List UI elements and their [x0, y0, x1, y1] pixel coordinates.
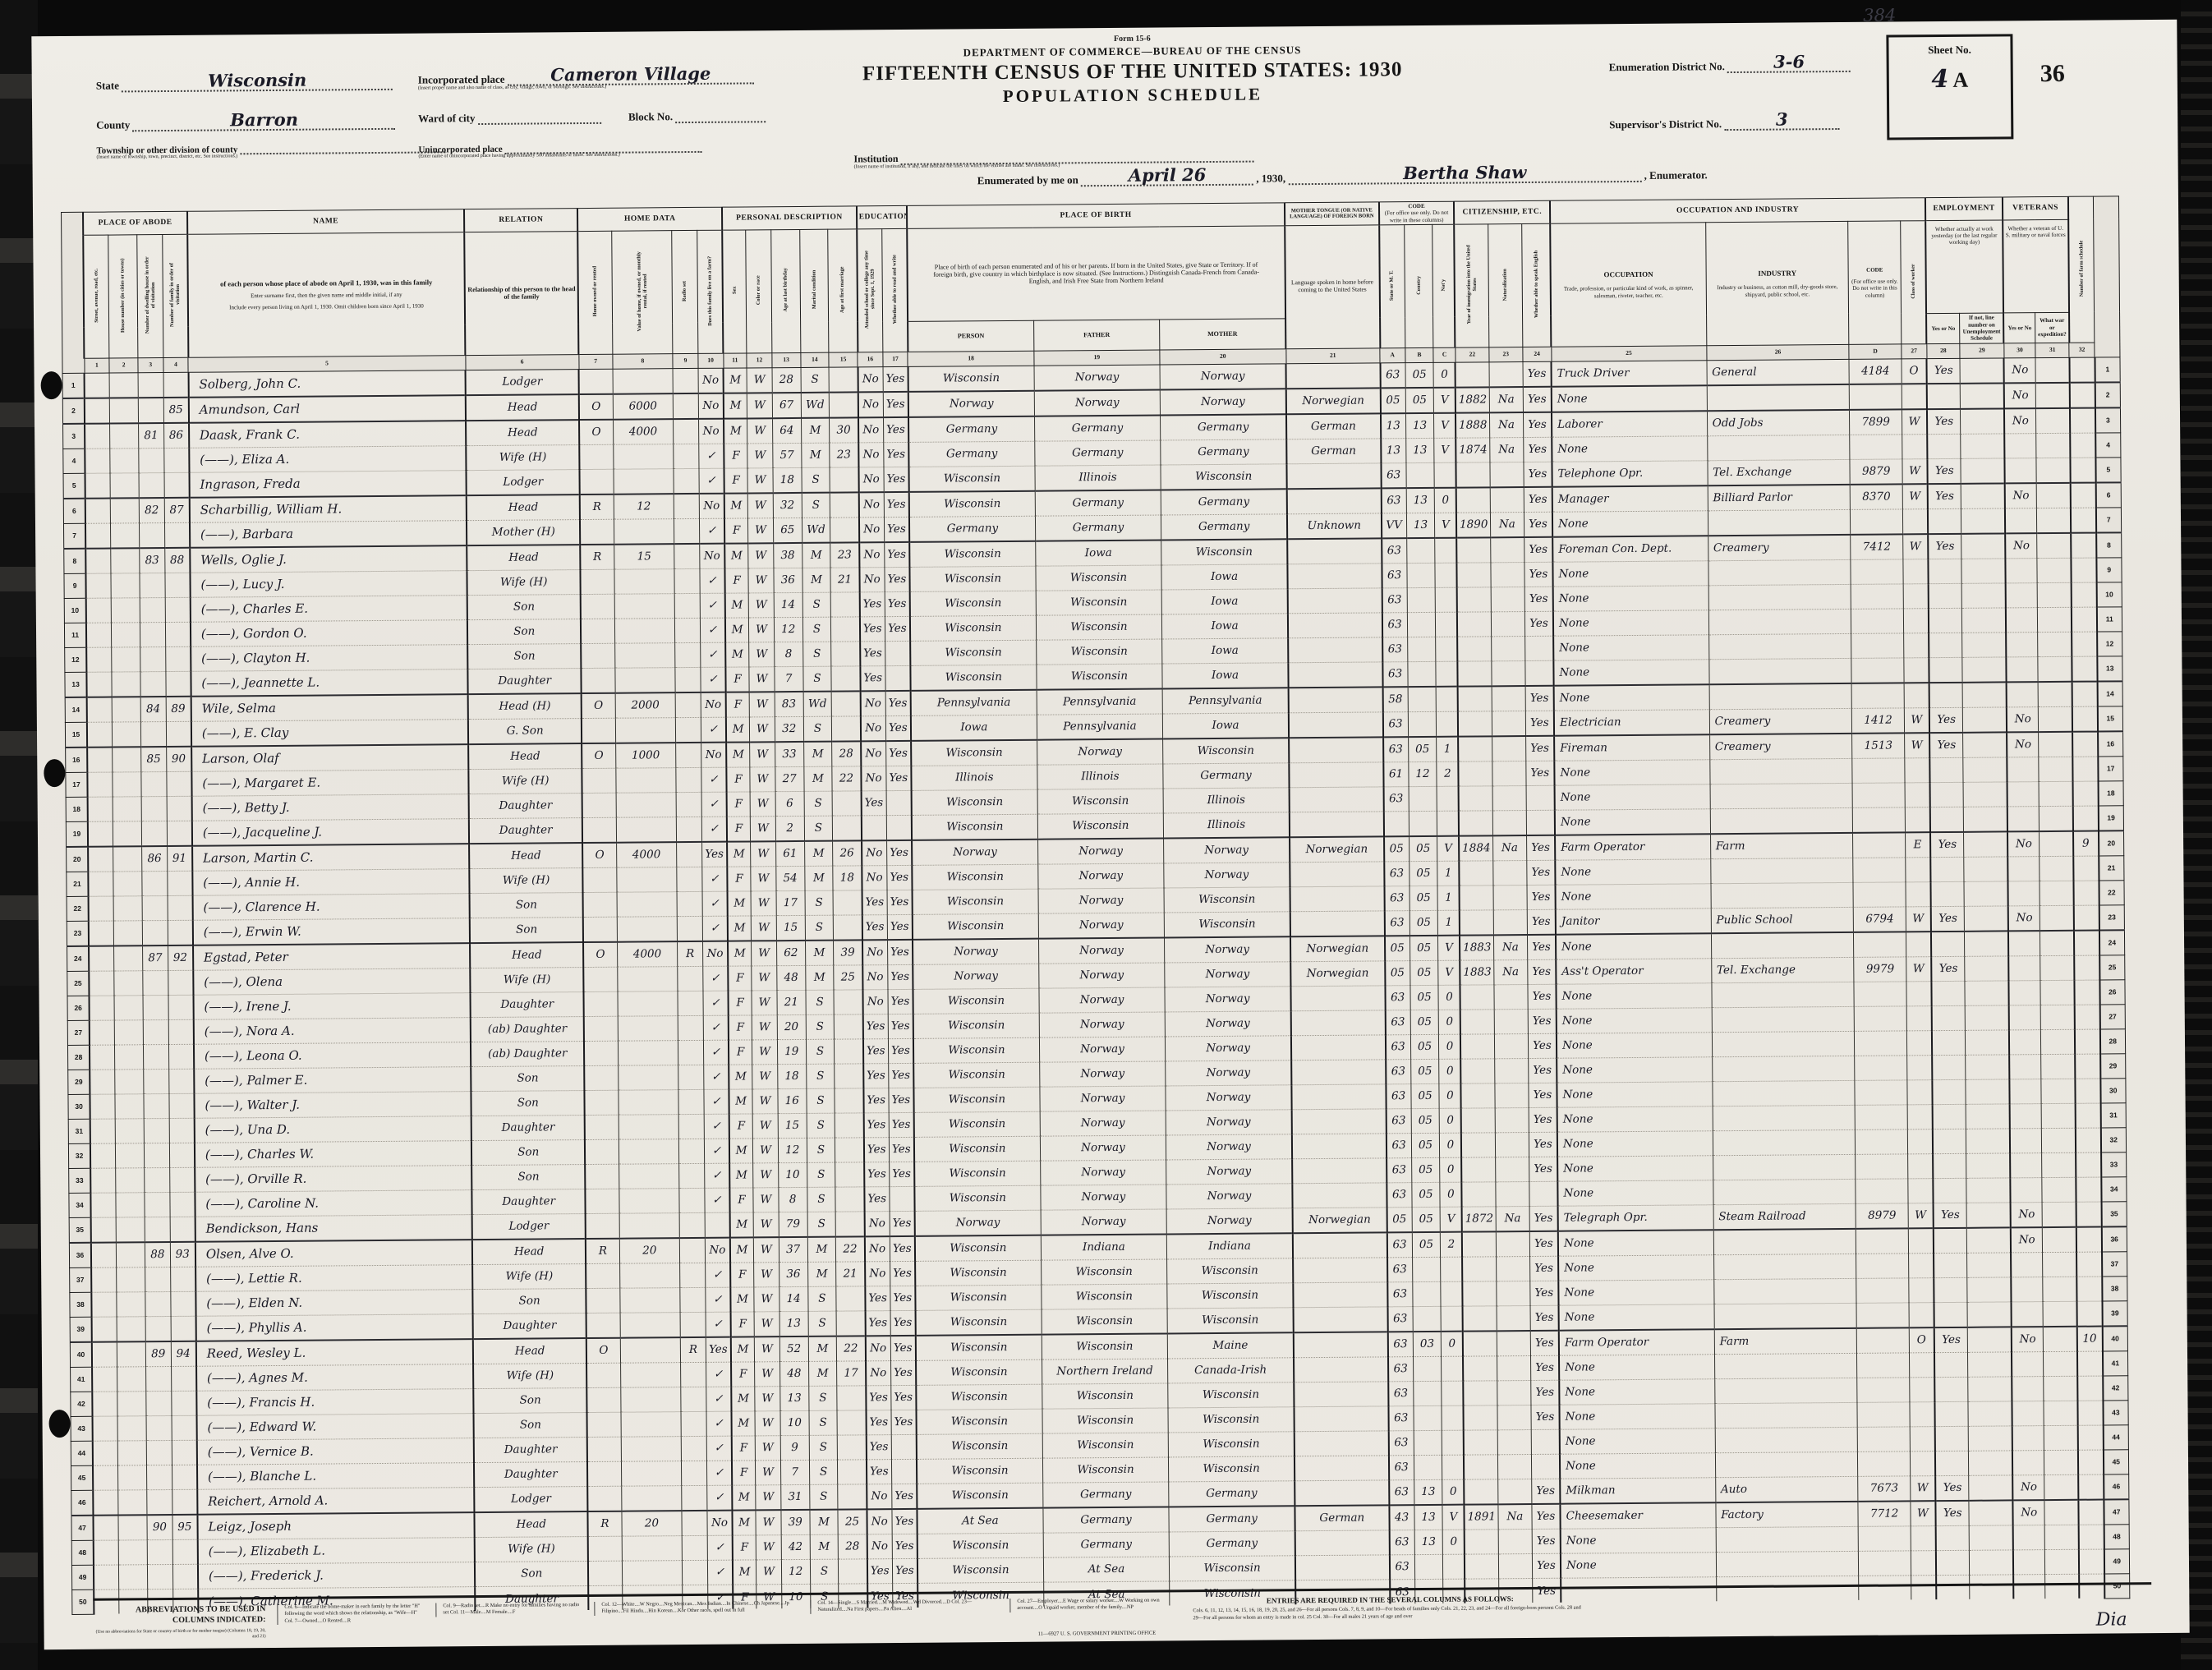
cell-street [89, 921, 114, 946]
cell-marital: M [804, 840, 833, 866]
cell-fs [2071, 482, 2096, 508]
cell-imm [1461, 1083, 1495, 1108]
cell-school: No [858, 366, 883, 392]
cell-age_m [832, 716, 861, 742]
cell-nat [1497, 1429, 1531, 1454]
cell-cC [1436, 612, 1458, 637]
cell-radio [679, 1212, 705, 1238]
cell-own [586, 1213, 619, 1239]
cell-cls [1903, 559, 1929, 583]
col-sex: Sex [722, 230, 747, 353]
cell-fs [2070, 407, 2095, 433]
cell-imm: 1890 [1456, 513, 1490, 538]
cell-family [165, 597, 191, 622]
employment-desc: Whether actually at work yesterday (or t… [1925, 220, 2003, 314]
cell-school: No [862, 964, 888, 989]
cell-house [117, 1391, 146, 1415]
cell-dwelling [139, 522, 164, 548]
cell-marital: M [808, 1336, 837, 1361]
cell-bp: Wisconsin [911, 739, 1037, 766]
cell-tongue [1294, 1406, 1388, 1432]
cell-occ: None [1557, 1082, 1712, 1107]
cell-bp: Wisconsin [908, 466, 1035, 492]
cell-tongue: Norwegian [1290, 936, 1385, 961]
cell-bp: Wisconsin [908, 366, 1034, 392]
cell-war [2044, 1500, 2078, 1525]
cell-own [586, 1363, 620, 1387]
cell-cls [1910, 1451, 1935, 1475]
cell-value [621, 1461, 682, 1486]
cell-value [620, 1387, 681, 1412]
cell-value: 1000 [615, 743, 676, 768]
cell-imm [1458, 661, 1492, 687]
line-number: 24 [67, 946, 90, 972]
cell-tongue [1292, 1109, 1387, 1134]
cell-bm: Maine [1167, 1332, 1294, 1359]
cell-radio [681, 1362, 706, 1387]
cell-tongue [1294, 1382, 1388, 1407]
cell-imm [1457, 563, 1491, 587]
cell-relation: Head [467, 495, 580, 521]
cell-war [2041, 1054, 2075, 1079]
cell-color: W [749, 642, 775, 666]
cell-name: Larson, Olaf [191, 744, 469, 771]
cell-value [619, 1163, 679, 1189]
cell-farm: ✓ [706, 1387, 732, 1411]
cell-farm [705, 1212, 730, 1238]
cell-family [168, 970, 193, 995]
cell-farm: No [701, 742, 726, 767]
line-number: 13 [2097, 656, 2122, 682]
cell-bp: Wisconsin [910, 615, 1037, 641]
cell-eng: Yes [1530, 1281, 1559, 1305]
cell-radio [678, 1040, 704, 1065]
cell-tongue [1290, 986, 1385, 1011]
cell-imm [1460, 1034, 1494, 1059]
code-desc: (For office use only. Do not write in th… [1385, 209, 1449, 223]
column-number: 7 [579, 354, 613, 369]
cell-street [87, 747, 113, 772]
line-number: 40 [2102, 1326, 2127, 1351]
cell-color: W [747, 393, 772, 418]
cell-eng: Yes [1528, 984, 1557, 1009]
cell-imm [1459, 761, 1492, 786]
cell-sex: M [724, 418, 747, 444]
cell-vet [2009, 980, 2041, 1005]
line-number: 43 [2103, 1401, 2128, 1425]
cell-cC: 1 [1437, 736, 1459, 761]
cell-own: R [586, 1238, 619, 1263]
cell-dwelling [147, 1564, 172, 1589]
cell-school: Yes [860, 665, 885, 691]
cell-unemp [1967, 1277, 2011, 1302]
cell-imm [1461, 1059, 1495, 1083]
column-number: 19 [1034, 350, 1160, 366]
line-number: 35 [69, 1217, 91, 1243]
cell-bf: At Sea [1043, 1557, 1170, 1582]
cell-tongue [1287, 564, 1382, 589]
cell-school: Yes [865, 1310, 890, 1336]
cell-bm: Iowa [1162, 614, 1289, 639]
cell-unemp [1966, 1129, 2010, 1153]
cell-value [620, 1362, 681, 1387]
cell-eng: Yes [1529, 1206, 1558, 1231]
cell-rw: Yes [887, 914, 913, 940]
cell-value [618, 1065, 678, 1090]
incorporated-value: Cameron Village [550, 63, 711, 85]
cell-farm: ✓ [701, 767, 727, 792]
cell-cB: 05 [1411, 1108, 1440, 1133]
cell-eng: Yes [1524, 611, 1553, 636]
cell-bf: Indiana [1041, 1234, 1167, 1260]
cell-vet [2008, 881, 2040, 905]
cell-eng: Yes [1529, 1157, 1557, 1181]
cell-fs [2077, 1351, 2103, 1376]
cell-work [1934, 1302, 1968, 1327]
cell-value [613, 368, 674, 393]
cell-family [170, 1217, 195, 1242]
cell-bp: Norway [908, 390, 1035, 416]
cell-sex: F [725, 667, 749, 692]
cell-own [580, 519, 614, 545]
cell-color: W [754, 1237, 779, 1263]
dwelling-number-label: Number of dwelling house in order of vis… [144, 254, 156, 336]
cell-school: No [858, 417, 884, 443]
cell-age_m [830, 392, 858, 417]
cell-nat [1496, 1231, 1529, 1257]
cell-work [1930, 857, 1964, 881]
cell-fs [2070, 433, 2095, 458]
cell-occ: Telegraph Opr. [1558, 1205, 1713, 1231]
cell-house [113, 821, 142, 847]
cell-street [92, 1341, 117, 1367]
cell-relation: Daughter [474, 1461, 587, 1487]
cell-cls [1906, 932, 1931, 957]
cell-bf: Wisconsin [1042, 1383, 1169, 1409]
column-number: 23 [1489, 347, 1523, 361]
cell-cC: 2 [1441, 1231, 1463, 1257]
cell-war [2041, 1029, 2075, 1054]
line-number: 26 [2099, 980, 2125, 1005]
cell-cls: W [1911, 1475, 1936, 1501]
cell-marital: S [804, 791, 833, 816]
cell-imm [1459, 736, 1492, 761]
cell-cB: 05 [1409, 861, 1437, 886]
cell-radio [674, 444, 699, 468]
cell-war [2038, 656, 2072, 682]
cell-relation: Lodger [467, 469, 580, 495]
cell-unemp [1965, 931, 2008, 956]
cell-name: (——), Walter J. [194, 1091, 471, 1118]
cell-name: (——), Lettie R. [195, 1264, 473, 1291]
cell-color: W [752, 1014, 777, 1039]
cell-unemp [1964, 857, 2007, 881]
cell-value [616, 867, 677, 892]
cell-age_m [832, 791, 861, 816]
cell-bf: Norway [1038, 863, 1165, 889]
cell-house [113, 772, 141, 797]
cell-bm: Pennsylvania [1162, 688, 1289, 714]
cell-color: W [749, 666, 775, 692]
cell-dwelling [140, 671, 166, 697]
cell-vet [2010, 1128, 2042, 1152]
cell-marital: S [808, 1386, 837, 1410]
cell-cB [1408, 661, 1437, 687]
cell-tongue [1288, 588, 1382, 614]
column-number: 10 [698, 353, 724, 368]
cell-rw: Yes [888, 964, 913, 989]
cell-family [169, 1143, 195, 1167]
cell-unemp [1967, 1253, 2011, 1277]
cell-vet: No [2005, 483, 2037, 508]
cell-work [1933, 1178, 1966, 1203]
cell-ind: Steam Railroad [1713, 1203, 1856, 1230]
cell-tongue [1292, 1158, 1387, 1184]
cell-ind [1708, 609, 1851, 634]
group-education: EDUCATION [857, 205, 908, 228]
cell-cB [1412, 1257, 1441, 1281]
cell-cA: 63 [1381, 462, 1406, 488]
cell-cB: 13 [1405, 413, 1434, 439]
cell-cD: 9879 [1850, 459, 1902, 485]
cell-relation: Wife (H) [466, 444, 579, 470]
cell-school: No [864, 1211, 890, 1236]
cell-rw: Yes [885, 616, 910, 641]
cell-tongue [1290, 812, 1384, 837]
cell-marital: S [806, 1039, 835, 1064]
cell-unemp [1964, 807, 2007, 832]
cell-tongue [1295, 1456, 1389, 1481]
cell-cB: 05 [1410, 1010, 1439, 1034]
cell-cA: 63 [1387, 1257, 1413, 1281]
cell-name: Reichert, Arnold A. [197, 1487, 475, 1514]
cell-cA: 63 [1387, 1281, 1413, 1306]
cell-war [2040, 955, 2074, 980]
cell-bf: Norway [1039, 1012, 1166, 1037]
cell-bf: Wisconsin [1036, 614, 1162, 640]
cell-tongue [1295, 1555, 1390, 1580]
cell-imm [1460, 1010, 1494, 1034]
cell-age: 79 [779, 1212, 807, 1237]
cell-work [1933, 1129, 1966, 1153]
cell-sex: F [729, 1040, 752, 1065]
supervisors-district-label: Supervisor's District No. [1609, 117, 1722, 131]
cell-age: 7 [775, 666, 803, 692]
cell-vet [2006, 656, 2038, 682]
cell-dwelling [140, 622, 165, 646]
cell-age_m [834, 915, 862, 941]
cell-age: 36 [779, 1262, 807, 1286]
cell-work [1928, 508, 1961, 534]
cell-imm: 1884 [1460, 835, 1493, 861]
cell-cC: 1 [1437, 886, 1460, 910]
column-number: 20 [1160, 349, 1286, 365]
cell-bf: Norway [1037, 838, 1164, 864]
punch-hole [48, 1410, 70, 1438]
line-number: 5 [63, 473, 85, 499]
cell-eng: Yes [1529, 1231, 1558, 1256]
cell-tongue [1290, 862, 1384, 887]
cell-family: 90 [166, 747, 191, 772]
cell-rw: Yes [888, 1014, 913, 1038]
cell-sex: M [724, 368, 747, 393]
cell-name: (——), Jacqueline J. [192, 818, 470, 845]
cell-family [165, 622, 191, 646]
cell-name: Larson, Martin C. [192, 844, 470, 871]
cell-own [584, 991, 618, 1016]
line-number: 40 [70, 1342, 92, 1368]
cell-nat [1492, 761, 1526, 785]
cell-rw [885, 665, 911, 691]
cell-nat [1491, 537, 1524, 563]
cell-color: W [756, 1510, 781, 1535]
cell-farm: ✓ [703, 1015, 729, 1040]
line-number: 25 [2099, 955, 2125, 980]
census-page: State Wisconsin County Barron Township o… [31, 20, 2189, 1649]
cell-work [1931, 881, 1965, 906]
col-class-of-worker: Class of worker [1901, 220, 1927, 343]
cell-nat [1497, 1454, 1531, 1479]
cell-bp: Wisconsin [917, 1458, 1043, 1484]
cell-family: 93 [170, 1242, 195, 1267]
cell-war [2043, 1277, 2076, 1301]
cell-imm [1462, 1157, 1496, 1182]
cell-rw [891, 1459, 917, 1484]
cell-age_m: 39 [834, 940, 862, 965]
cell-dwelling [140, 721, 166, 747]
cell-school: No [865, 1261, 890, 1286]
cell-radio [681, 1411, 706, 1436]
cell-ind [1713, 1154, 1856, 1180]
cell-color: W [751, 890, 776, 915]
cell-eng [1526, 785, 1555, 810]
cell-age: 67 [772, 393, 801, 418]
cell-cB: 05 [1411, 1133, 1440, 1157]
cell-value [619, 1139, 679, 1164]
cell-ind: Factory [1716, 1502, 1859, 1528]
cell-name: (——), Leona O. [194, 1042, 471, 1069]
cell-eng: Yes [1526, 761, 1555, 785]
cell-street [94, 1565, 119, 1589]
cell-dwelling: 90 [147, 1515, 172, 1540]
incorporated-label: Incorporated place [418, 73, 505, 86]
col-home-owned: Home owned or rented [577, 231, 612, 354]
cell-relation: Wife (H) [470, 867, 583, 893]
cell-radio [674, 468, 699, 494]
cell-cD [1850, 435, 1902, 459]
sheet-number-label: Sheet No. [1888, 43, 2010, 57]
cell-family [165, 573, 191, 597]
veteran-war-subheader: What war or expedition? [2035, 312, 2069, 343]
form-header: State Wisconsin County Barron Township o… [31, 20, 2178, 213]
cell-bf: Norway [1038, 888, 1165, 913]
col-dwelling-number: Number of dwelling house in order of vis… [137, 234, 163, 357]
home-owned-label: Home owned or rented [592, 266, 599, 317]
cell-name: Daask, Frank C. [189, 421, 467, 448]
cell-unemp [1962, 657, 2006, 683]
enumeration-date-blank: April 26 [1081, 168, 1253, 187]
cell-imm [1464, 1430, 1497, 1455]
cell-nat [1498, 1479, 1532, 1504]
birth-person-subheader: PERSON [908, 320, 1034, 352]
cell-eng: Yes [1524, 562, 1553, 587]
cell-dwelling: 84 [140, 697, 166, 722]
cell-bf: Germany [1035, 515, 1161, 541]
cell-imm: 1872 [1462, 1207, 1496, 1232]
cell-name: (——), Caroline N. [195, 1189, 472, 1217]
cell-sex: M [728, 941, 752, 966]
cell-cA: 63 [1389, 1530, 1414, 1554]
cell-value: 4000 [613, 419, 674, 444]
col-naturalization: Naturalization [1488, 223, 1523, 347]
cell-bp: Wisconsin [917, 1557, 1044, 1583]
cell-house [114, 945, 143, 971]
column-number: A [1380, 347, 1405, 362]
line-number: 34 [69, 1193, 91, 1217]
cell-ind [1711, 882, 1854, 908]
cell-age: 83 [775, 692, 803, 717]
cell-ind [1708, 584, 1851, 610]
cell-cls [1905, 782, 1930, 807]
cell-own [587, 1412, 621, 1437]
cell-war [2035, 357, 2069, 383]
occupation-code-desc: (For office use only. Do not write in th… [1851, 278, 1899, 298]
cell-age_m: 26 [833, 840, 862, 866]
cell-bm: Norway [1160, 389, 1286, 415]
punch-hole [41, 371, 62, 399]
cell-cls: W [1902, 409, 1927, 435]
cell-sex: F [733, 1535, 756, 1560]
page-subtitle: POPULATION SCHEDULE [821, 83, 1445, 108]
cell-marital: S [802, 592, 831, 617]
cell-house [112, 672, 140, 697]
cell-occ: None [1556, 884, 1711, 909]
column-number: 12 [747, 352, 772, 367]
cell-cA: 13 [1381, 438, 1406, 462]
cell-cA: 61 [1383, 761, 1409, 786]
cell-radio [676, 743, 701, 768]
cell-occ: Janitor [1556, 909, 1711, 935]
cell-ind [1716, 1526, 1859, 1552]
line-number: 33 [2101, 1152, 2127, 1177]
cell-school: No [862, 865, 887, 890]
cell-nat [1495, 1157, 1529, 1181]
cell-sex: F [729, 1114, 753, 1139]
cell-sex: M [727, 841, 751, 867]
cell-tongue [1286, 363, 1381, 389]
cell-tongue [1289, 762, 1383, 788]
cell-occ: None [1560, 1403, 1715, 1428]
cell-age_m [835, 1138, 864, 1162]
line-number: 12 [65, 647, 87, 672]
col-marital: Marital condition [799, 229, 829, 352]
cell-vet [2012, 1301, 2044, 1327]
cell-relation: Lodger [472, 1213, 586, 1240]
cell-cD [1851, 559, 1903, 584]
cell-marital: M [802, 542, 830, 568]
cell-cA: 63 [1384, 886, 1410, 910]
cell-school: No [861, 741, 886, 766]
line-number: 11 [64, 623, 86, 647]
cell-cC [1437, 811, 1460, 836]
cell-rw [891, 1434, 917, 1459]
cell-family [170, 1291, 195, 1316]
cell-name: (——), Edward W. [196, 1413, 474, 1440]
cell-street [85, 398, 110, 423]
cell-bf: Illinois [1035, 465, 1161, 491]
cell-marital: M [805, 940, 834, 965]
cell-age_m [831, 666, 860, 692]
